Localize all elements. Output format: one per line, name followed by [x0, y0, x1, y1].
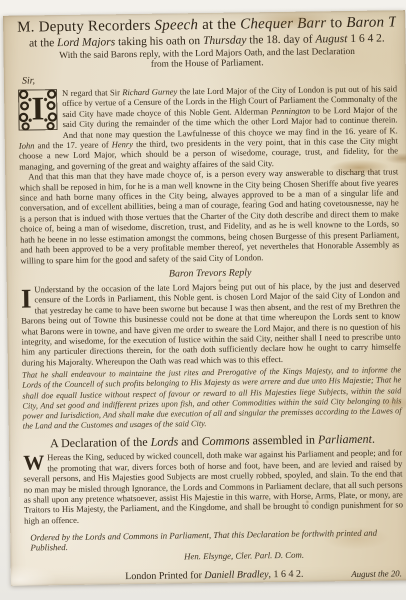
heading-segment: assembled in — [250, 433, 319, 448]
text-segment: Pennington — [271, 105, 310, 116]
heading-segment: . — [372, 432, 375, 446]
heading-segment: Lords — [151, 435, 179, 449]
title-segment: at the — [29, 37, 57, 49]
dropcap-letter: I — [18, 89, 58, 131]
paragraph-oath: That he shall endeavour to maintaine the… — [22, 365, 402, 432]
date-annotation: August the 20. — [351, 569, 402, 580]
title-segment: 1 6 4 2. — [347, 33, 385, 46]
text-segment: Richard Gurney — [122, 86, 177, 97]
title-segment: Lord Majors — [57, 36, 115, 49]
text-segment: Henry — [112, 139, 133, 149]
paragraph-recorder-speech: IN regard that Sir Richard Gurney the la… — [18, 83, 398, 172]
text-segment: N regard that Sir — [62, 87, 122, 98]
page-content: M. Deputy Recorders Speech at the Cheque… — [3, 10, 406, 584]
pamphlet-page: M. Deputy Recorders Speech at the Cheque… — [3, 10, 406, 586]
imprint-segment: , 1 6 4 2. — [268, 569, 303, 580]
title-segment: August — [315, 33, 347, 45]
title-segment: the 18. day of — [246, 33, 315, 46]
dropcap-I: I — [21, 285, 32, 311]
text-segment: Understand by the occasion of the late L… — [21, 279, 401, 367]
paragraph-reply: IUnderstand by the occasion of the late … — [21, 279, 401, 368]
text-segment: Hereas the King, seduced by wicked counc… — [23, 448, 403, 526]
paragraph-declaration: WHereas the King, seduced by wicked coun… — [23, 448, 403, 526]
ornate-initial-I: I — [18, 89, 58, 131]
title-segment: Speech — [154, 17, 198, 34]
heading-segment: Parliament — [318, 432, 372, 447]
title-segment: Baron Trever — [346, 14, 396, 31]
title-segment: Thursday — [203, 34, 247, 47]
dropcap-W: W — [23, 454, 44, 473]
title-segment: at the — [198, 17, 240, 34]
imprint-segment: London Printed for — [125, 570, 204, 582]
title-segment: taking his oath on — [115, 35, 203, 48]
scan-background: M. Deputy Recorders Speech at the Cheque… — [0, 0, 406, 600]
text-segment: and the 17. yeare of — [34, 139, 111, 150]
title-segment: M. Deputy Recorders — [17, 18, 155, 36]
imprint-row: London Printed for Daniell Bradley, 1 6 … — [25, 568, 404, 584]
text-segment: Iohn — [19, 140, 35, 150]
title-segment: Chequer Barr — [240, 15, 326, 32]
title-segment: to — [326, 15, 346, 31]
heading-segment: Commons — [201, 434, 249, 449]
heading-segment: and — [178, 434, 202, 448]
paragraph-choyce: And that this man that they have made ch… — [19, 167, 399, 266]
heading-segment: A Declaration of the — [50, 435, 151, 450]
imprint-segment: Daniell Bradley — [204, 569, 268, 581]
